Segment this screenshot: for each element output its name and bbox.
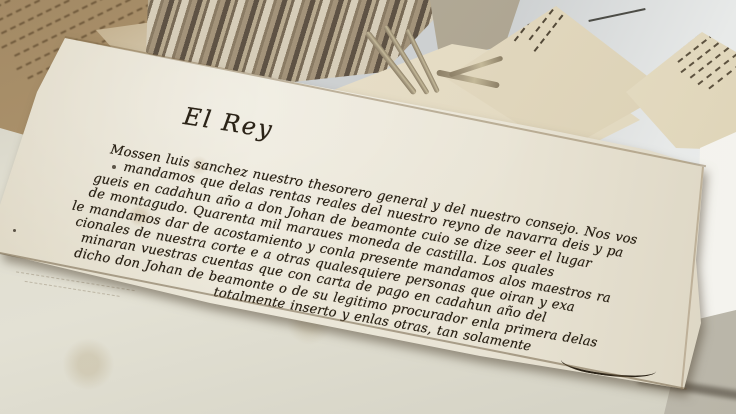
ink-speck <box>13 229 16 232</box>
manuscript-sheet-wrap: El Rey Mossen luis sanchez nuestro theso… <box>0 0 736 414</box>
archive-photo: El Rey Mossen luis sanchez nuestro theso… <box>0 0 736 414</box>
manuscript-sheet: El Rey Mossen luis sanchez nuestro theso… <box>0 0 736 414</box>
manuscript-heading: El Rey <box>182 102 276 144</box>
manuscript-text: Mossen luis sanchez nuestro thesorero ge… <box>74 140 728 386</box>
